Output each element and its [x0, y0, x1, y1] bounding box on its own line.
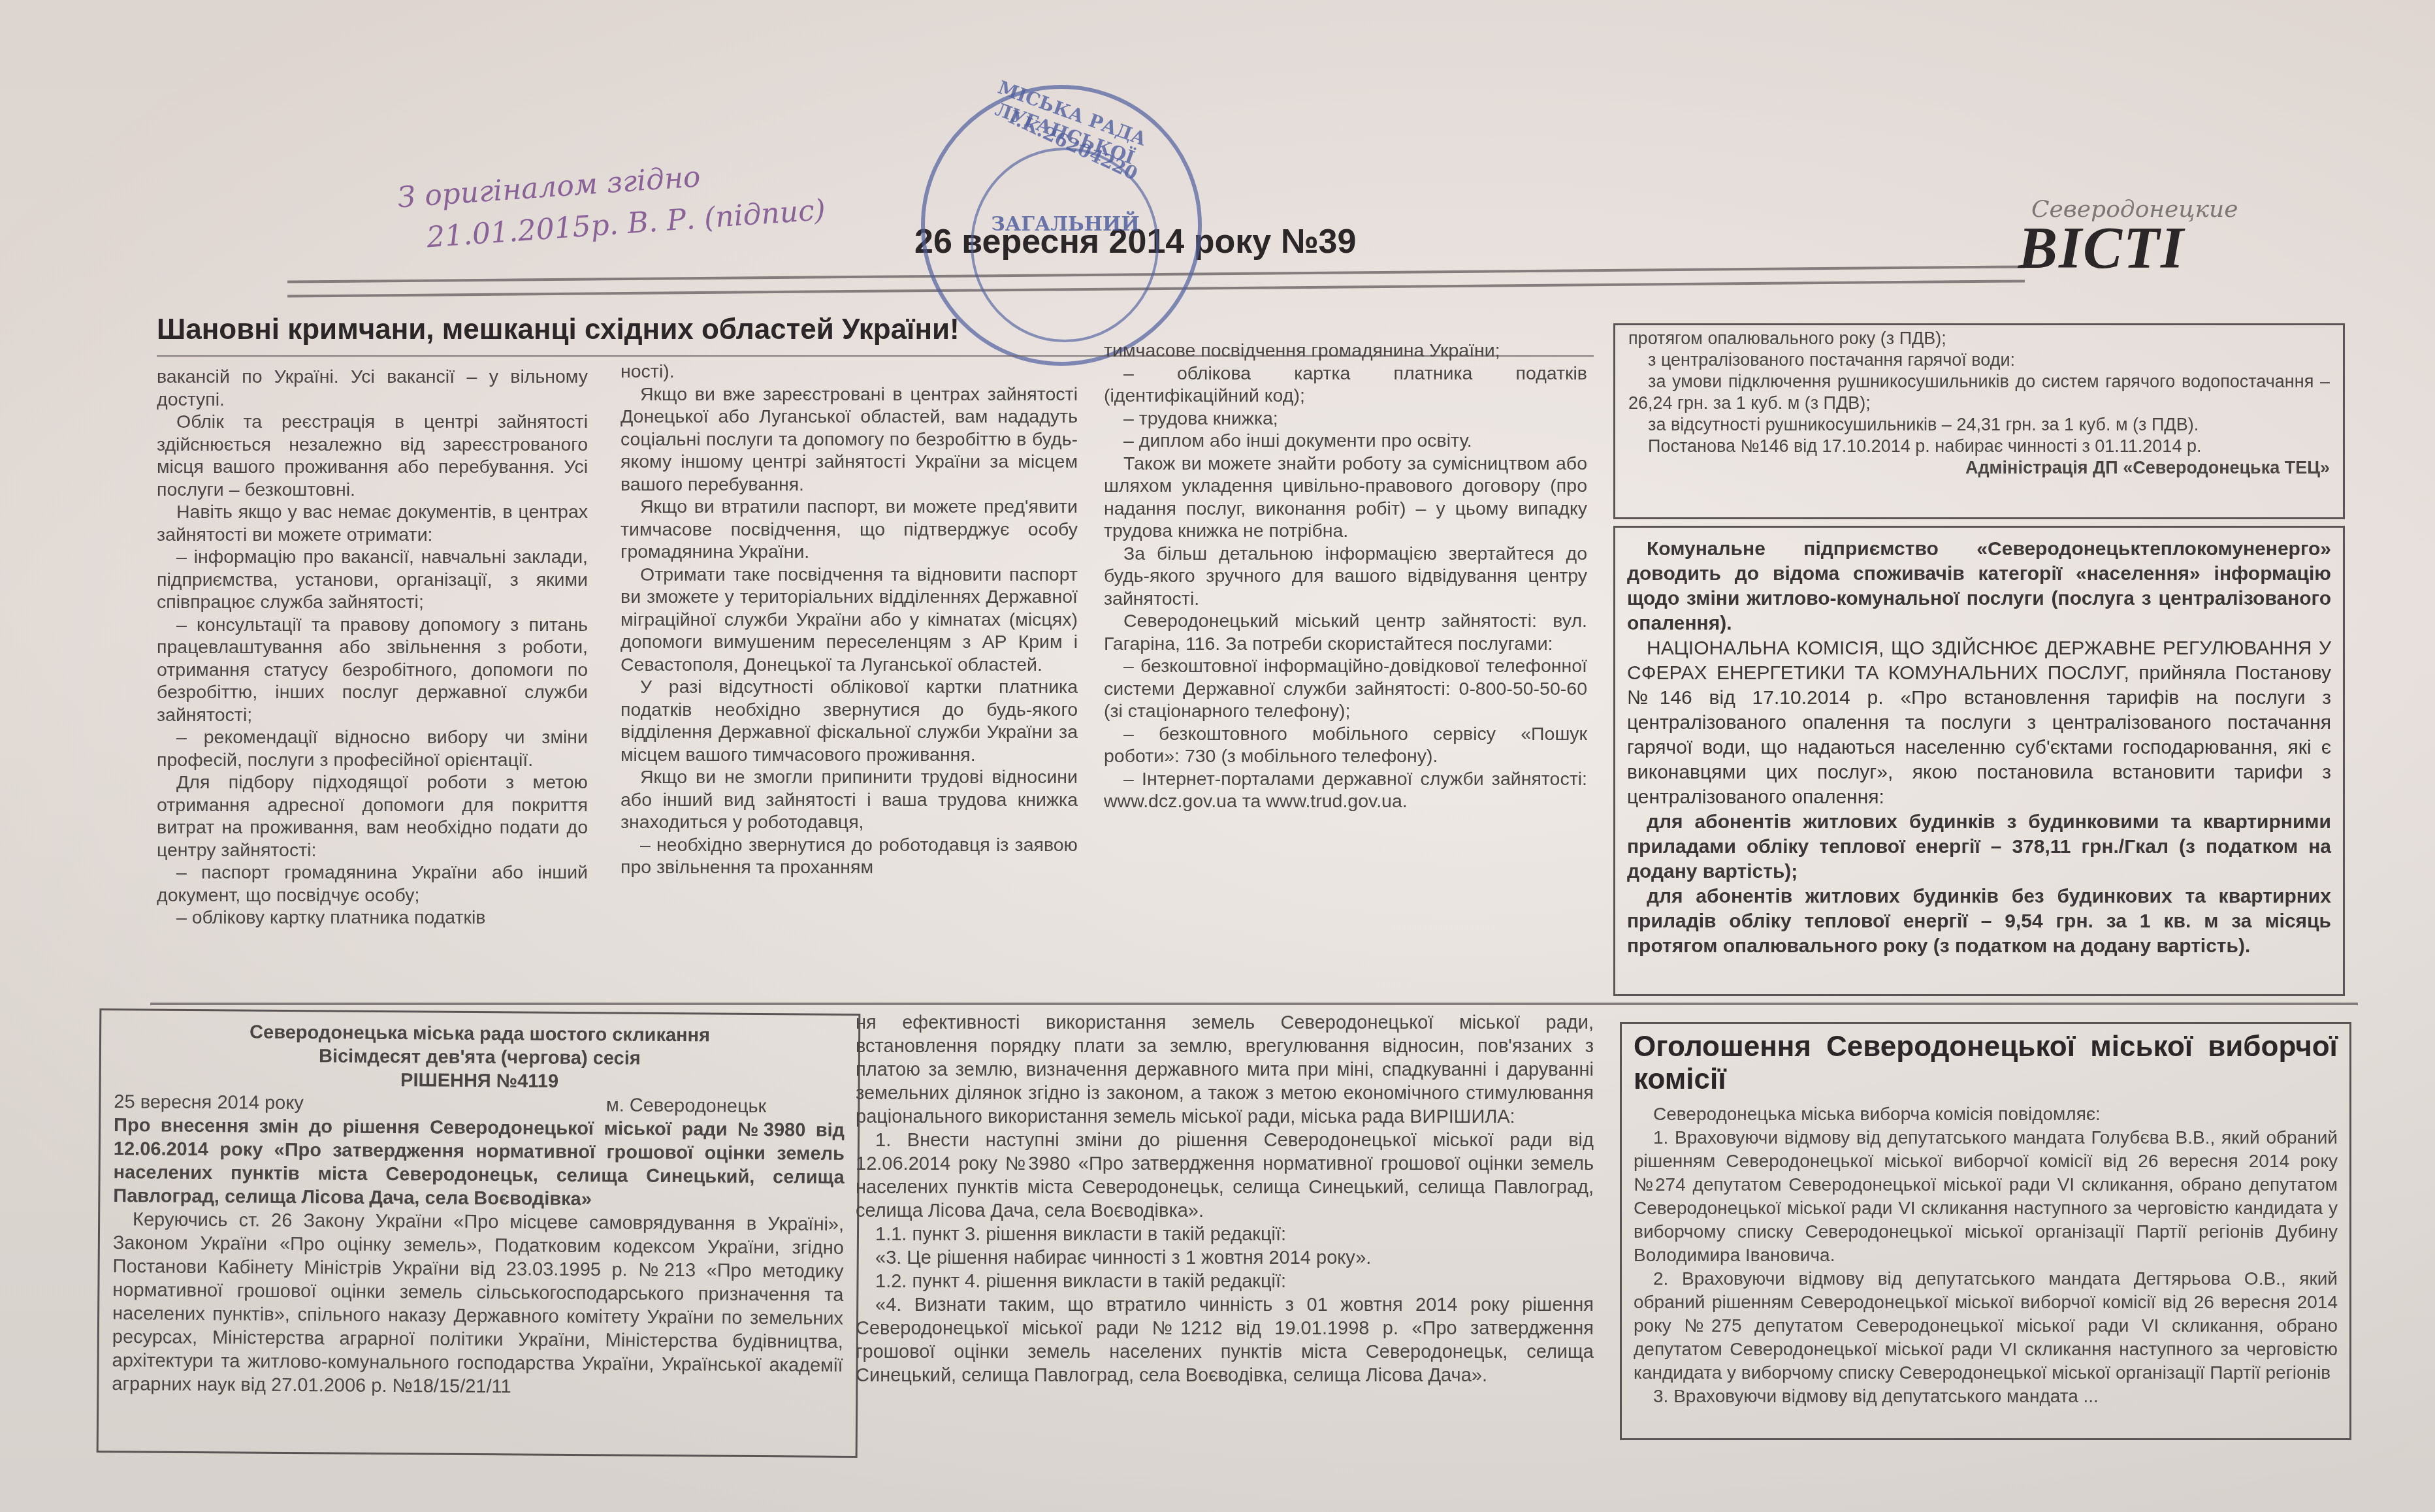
decision-date: 25 вересня 2014 року: [114, 1090, 304, 1115]
paragraph: Також ви можете знайти роботу за сумісни…: [1104, 453, 1587, 543]
paragraph: 3. Враховуючи відмову від депутатського …: [1634, 1385, 2338, 1408]
paragraph: – рекомендації відносно вибору чи зміни …: [157, 726, 588, 771]
tec-line: за умови підключення рушникосушильників …: [1628, 371, 2330, 414]
paragraph: «4. Визнати таким, що втратило чинність …: [856, 1293, 1594, 1387]
paragraph: Якщо ви вже зареєстровані в центрах зайн…: [621, 383, 1078, 496]
paragraph: – диплом або інші документи про освіту.: [1104, 430, 1587, 453]
paragraph: – Інтернет-порталами державної служби за…: [1104, 768, 1587, 813]
paragraph: 1. Враховуючи відмову від депутатського …: [1634, 1126, 2338, 1267]
handwritten-note: З оригіналом згідно 21.01.2015р. В. Р. (…: [396, 137, 989, 261]
paragraph: За більш детальною інформацією звертайте…: [1104, 543, 1587, 611]
heating-intro: Комунальне підприємство «Северодонецькте…: [1627, 537, 2331, 636]
stamp-center-text: ЗАГАЛЬНИЙ: [977, 213, 1153, 236]
newspaper-logo: Северодонецкие ВІСТІ: [2018, 196, 2319, 275]
section-divider: [150, 1003, 2358, 1005]
election-notice-title: Оголошення Северодонецької міської вибор…: [1634, 1031, 2338, 1096]
paragraph: ня ефективності використання земель Севе…: [856, 1011, 1594, 1129]
paragraph: Облік та реєстрація в центрі зайнятості …: [157, 411, 588, 501]
paragraph: – облікову картку платника податків: [157, 907, 588, 929]
tariff-without-meters: для абонентів житлових будинків без буди…: [1627, 884, 2331, 959]
council-decision-column-2: ня ефективності використання земель Севе…: [856, 1011, 1594, 1387]
council-decision-box: Северодонецька міська рада шостого склик…: [97, 1008, 861, 1458]
decision-preamble: Керуючись ст. 26 Закону України «Про міс…: [112, 1208, 844, 1401]
paragraph: 2. Враховуючи відмову від депутатського …: [1634, 1267, 2338, 1385]
paragraph: У разі відсутності облікової картки плат…: [621, 676, 1078, 766]
paragraph: «3. Це рішення набирає чинності з 1 жовт…: [856, 1246, 1594, 1270]
paragraph: Северодонецька міська виборча комісія по…: [1634, 1102, 2338, 1126]
paragraph: ності).: [621, 361, 1078, 383]
decision-place: м. Северодонецьк: [606, 1093, 767, 1118]
paragraph: Для підбору підходящої роботи з метою от…: [157, 771, 588, 861]
article-column-3: тимчасове посвідчення громадянина Україн…: [1104, 340, 1587, 813]
article-column-1: вакансій по Україні. Усі вакансії – у ві…: [157, 366, 588, 929]
paragraph: тимчасове посвідчення громадянина Україн…: [1104, 340, 1587, 362]
logo-main-text: ВІСТІ: [2018, 223, 2319, 275]
paragraph: – інформацію про вакансії, навчальні зак…: [157, 546, 588, 614]
paragraph: 1.2. пункт 4. рішення викласти в такій р…: [856, 1270, 1594, 1293]
paragraph: 1. Внести наступні зміни до рішення Севе…: [856, 1129, 1594, 1223]
paragraph: Якщо ви втратили паспорт, ви можете пред…: [621, 496, 1078, 564]
paragraph: Якщо ви не змогли припинити трудові відн…: [621, 766, 1078, 834]
paragraph: Северодонецький міський центр зайнятості…: [1104, 610, 1587, 655]
tec-line: з централізованого постачання гарячої во…: [1628, 349, 2330, 371]
heating-body: НАЦІОНАЛЬНА КОМІСІЯ, ЩО ЗДІЙСНЮЄ ДЕРЖАВН…: [1627, 636, 2331, 810]
paragraph: – необхідно звернутися до роботодавця із…: [621, 834, 1078, 879]
stamp-inner-ring: [971, 148, 1159, 342]
tariff-with-meters: для абонентів житлових будинків з будинк…: [1627, 810, 2331, 884]
paragraph: Навіть якщо у вас немає документів, в це…: [157, 501, 588, 546]
tec-line: Постанова №146 від 17.10.2014 р. набирає…: [1628, 436, 2330, 457]
paragraph: Отримати таке посвідчення та відновити п…: [621, 564, 1078, 677]
tec-line: протягом опалювального року (з ПДВ);: [1628, 328, 2330, 349]
paragraph: – безкоштовної інформаційно-довідкової т…: [1104, 655, 1587, 723]
article-headline: Шановні кримчани, мешканці східних облас…: [157, 314, 959, 346]
paragraph: – трудова книжка;: [1104, 408, 1587, 430]
tec-notice-box: протягом опалювального року (з ПДВ); з ц…: [1613, 323, 2345, 519]
article-column-2: ності). Якщо ви вже зареєстровані в цент…: [621, 361, 1078, 879]
tec-signature: Адміністрація ДП «Северодонецька ТЕЦ»: [1628, 457, 2330, 479]
election-notice-box: Оголошення Северодонецької міської вибор…: [1620, 1022, 2351, 1440]
paragraph: – консультації та правову допомогу з пит…: [157, 614, 588, 727]
paragraph: вакансій по Україні. Усі вакансії – у ві…: [157, 366, 588, 411]
tec-line: за відсутності рушникосушильників – 24,3…: [1628, 414, 2330, 436]
paragraph: – облікова картка платника податків (іде…: [1104, 362, 1587, 408]
heating-notice-box: Комунальне підприємство «Северодонецькте…: [1613, 526, 2345, 996]
paragraph: – паспорт громадянина України або інший …: [157, 861, 588, 907]
decision-subject: Про внесення змін до рішення Северодонец…: [113, 1114, 845, 1213]
official-stamp: МІСЬКА РАДА ЛУГАНСЬКОЇ І.К.26204220 ЗАГА…: [921, 85, 1202, 366]
paragraph: 1.1. пункт 3. рішення викласти в такій р…: [856, 1223, 1594, 1246]
paragraph: – безкоштовного мобільного сервісу «Пошу…: [1104, 723, 1587, 768]
